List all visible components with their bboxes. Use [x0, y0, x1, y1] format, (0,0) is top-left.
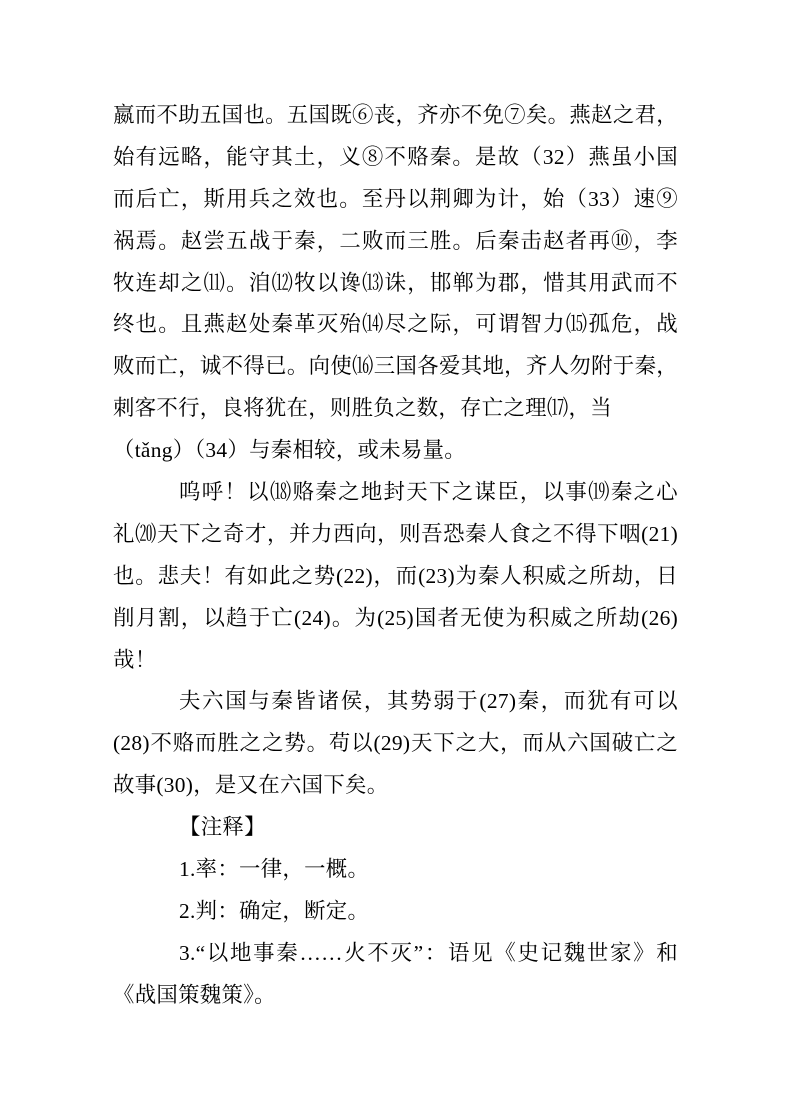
note-3-line-2: 《战国策魏策》。	[113, 975, 678, 1017]
essay-line-17: 故事(30)，是又在六国下矣。	[113, 765, 678, 807]
essay-line-14: 哉！	[113, 640, 678, 682]
essay-line-9: （tǎng）（34）与秦相较，或未易量。	[113, 430, 678, 472]
essay-line-7: 败而亡，诚不得已。向使⒃三国各爱其地，齐人勿附于秦，	[113, 346, 678, 388]
essay-line-11: 礼⒇天下之奇才，并力西向，则吾恐秦人食之不得下咽(21)	[113, 514, 678, 556]
essay-line-16: (28)不赂而胜之之势。苟以(29)天下之大，而从六国破亡之	[113, 723, 678, 765]
essay-line-2: 始有远略，能守其土，义⑧不赂秦。是故（32）燕虽小国	[113, 137, 678, 179]
notes-header: 【注释】	[113, 807, 678, 849]
note-1-line: 1.率：一律，一概。	[113, 849, 678, 891]
essay-line-4: 祸焉。赵尝五战于秦，二败而三胜。后秦击赵者再⑩，李	[113, 221, 678, 263]
essay-line-8: 刺客不行，良将犹在，则胜负之数，存亡之理⒄，当	[113, 388, 678, 430]
essay-line-6: 终也。且燕赵处秦革灭殆⒁尽之际，可谓智力⒂孤危，战	[113, 304, 678, 346]
essay-line-3: 而后亡，斯用兵之效也。至丹以荆卿为计，始（33）速⑨	[113, 179, 678, 221]
note-3-line-1: 3.“以地事秦……火不灭”：语见《史记魏世家》和	[113, 933, 678, 975]
essay-line-10: 呜呼！以⒅赂秦之地封天下之谋臣，以事⒆秦之心	[113, 472, 678, 514]
essay-line-13: 削月割，以趋于亡(24)。为(25)国者无使为积威之所劫(26)	[113, 598, 678, 640]
essay-line-1: 嬴而不助五国也。五国既⑥丧，齐亦不免⑦矣。燕赵之君，	[113, 95, 678, 137]
essay-line-12: 也。悲夫！有如此之势(22)，而(23)为秦人积威之所劫，日	[113, 556, 678, 598]
document-page: 嬴而不助五国也。五国既⑥丧，齐亦不免⑦矣。燕赵之君， 始有远略，能守其土，义⑧不…	[0, 0, 792, 1120]
essay-line-15: 夫六国与秦皆诸侯，其势弱于(27)秦，而犹有可以	[113, 681, 678, 723]
note-2-line: 2.判：确定，断定。	[113, 891, 678, 933]
text-block: 嬴而不助五国也。五国既⑥丧，齐亦不免⑦矣。燕赵之君， 始有远略，能守其土，义⑧不…	[113, 95, 678, 1017]
essay-line-5: 牧连却之⑾。洎⑿牧以谗⒀诛，邯郸为郡，惜其用武而不	[113, 263, 678, 305]
